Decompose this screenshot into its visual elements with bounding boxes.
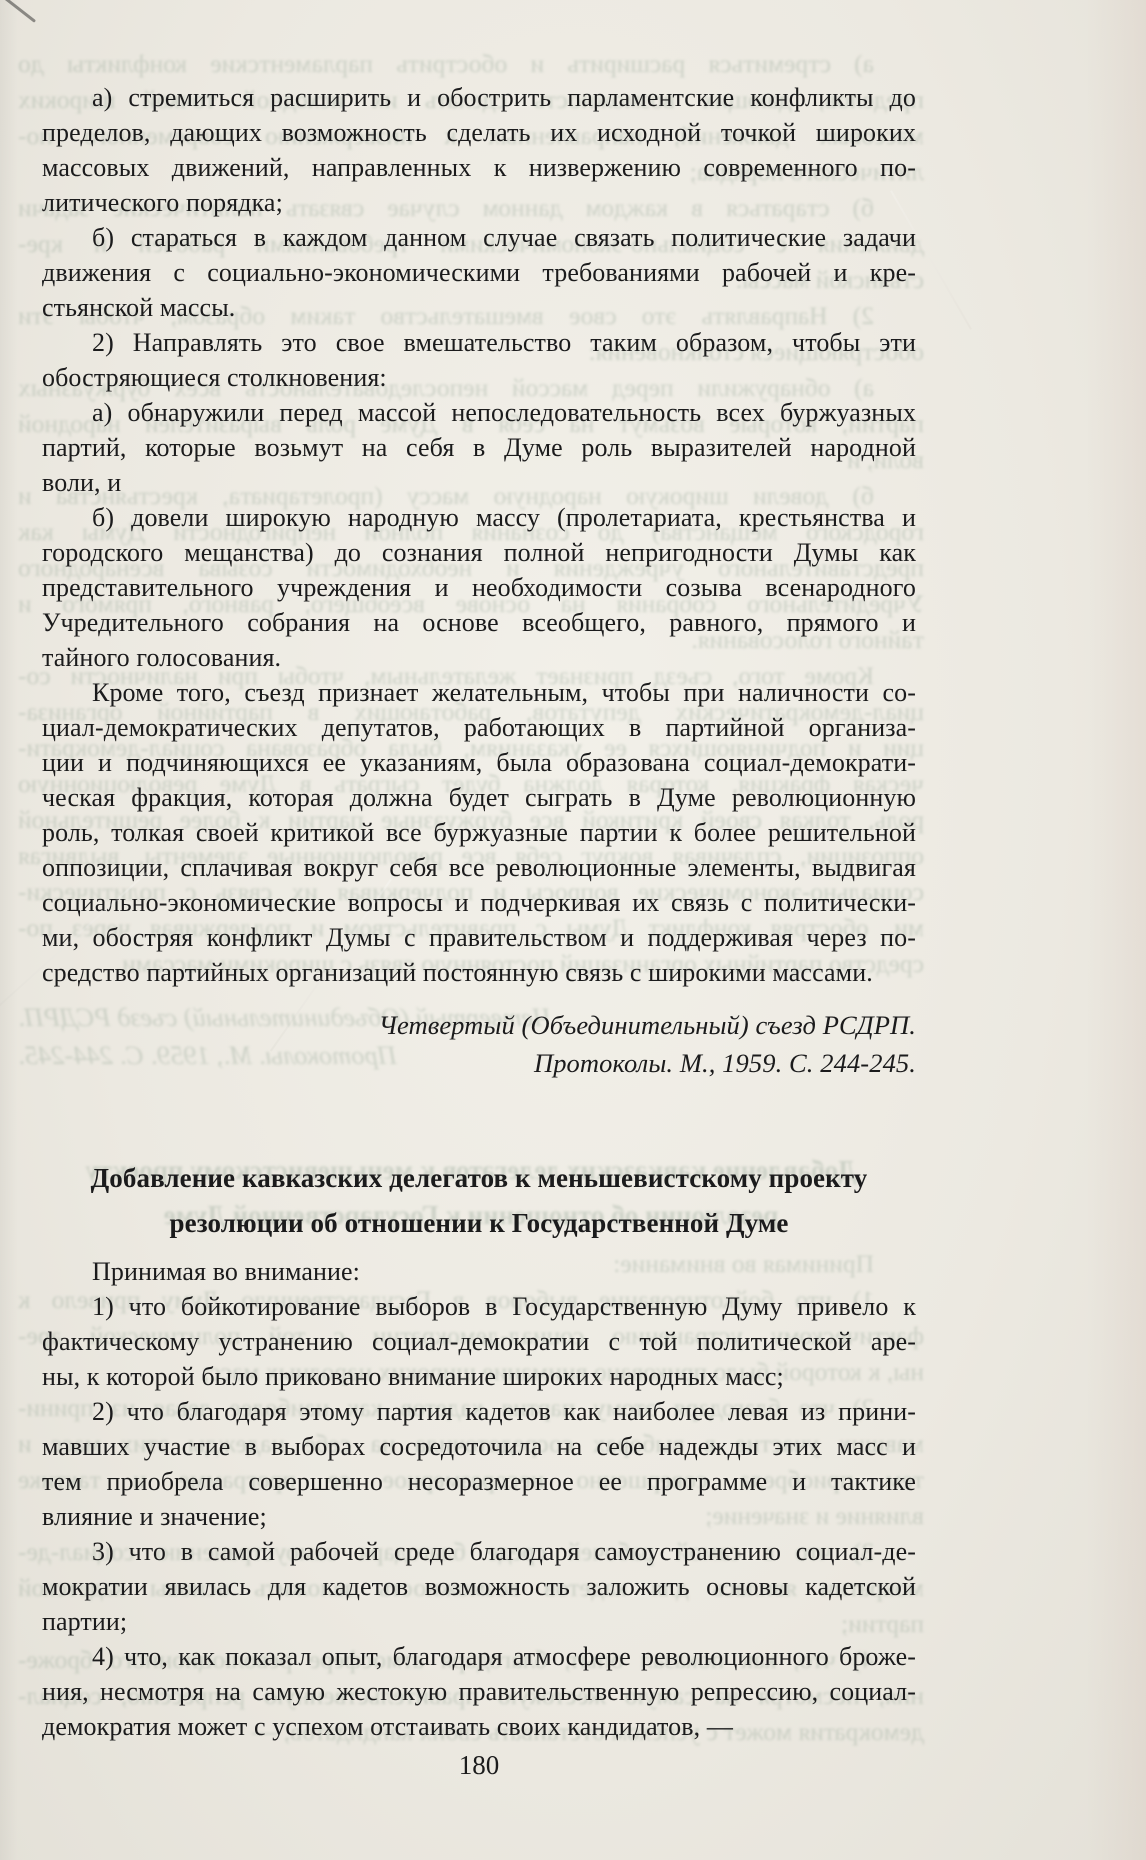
- text-line: 2) Направлять это свое вмешательство так…: [42, 325, 916, 360]
- paragraph: б) стараться в каждом данном случае связ…: [42, 220, 916, 325]
- section-heading: Добавление кавказских делегатов к меньше…: [42, 1156, 916, 1246]
- text-line: воли, и: [42, 465, 916, 500]
- text-line: роль, толкая своей критикой все буржуазн…: [42, 815, 916, 850]
- paragraph: 2) что благодаря этому партия кадетов ка…: [42, 1394, 916, 1534]
- text-line: литического порядка;: [42, 185, 916, 220]
- text-line: б) довели широкую народную массу (пролет…: [42, 500, 916, 535]
- text-line: пределов, дающих возможность сделать их …: [42, 115, 916, 150]
- resolution-body-text: а) стремиться расширить и обострить парл…: [42, 80, 916, 990]
- source-citation: Четвертый (Объединительный) съезд РСДРП.…: [42, 1006, 916, 1082]
- paragraph: а) обнаружили перед массой непоследовате…: [42, 395, 916, 500]
- paragraph: а) стремиться расширить и обострить парл…: [42, 80, 916, 220]
- paragraph: 1) что бойкотирование выборов в Государс…: [42, 1289, 916, 1394]
- paragraph: Четвертый (Объединительный) съезд РСДРП.…: [42, 1006, 916, 1082]
- text-line: 3) что в самой рабочей среде благодаря с…: [42, 1534, 916, 1569]
- text-line: 4) что, как показал опыт, благодаря атмо…: [42, 1639, 916, 1674]
- text-line: ции и подчиняющихся ее указаниям, была о…: [42, 745, 916, 780]
- text-line: 2) что благодаря этому партия кадетов ка…: [42, 1394, 916, 1429]
- text-line: оппозиции, сплачивая вокруг себя все рев…: [42, 850, 916, 885]
- text-line: социально-экономические вопросы и подчер…: [42, 885, 916, 920]
- text-line: движения с социально-экономическими треб…: [42, 255, 916, 290]
- scan-corner-mark: [0, 0, 36, 23]
- text-line: партий, которые возьмут на себя в Думе р…: [42, 430, 916, 465]
- text-line: Учредительного собрания на основе всеобщ…: [42, 605, 916, 640]
- text-line: циал-демократических депутатов, работающ…: [42, 710, 916, 745]
- paragraph: 2) Направлять это свое вмешательство так…: [42, 325, 916, 395]
- text-line: массовых движений, направленных к низвер…: [42, 150, 916, 185]
- text-line: Четвертый (Объединительный) съезд РСДРП.: [42, 1006, 916, 1044]
- text-line: Добавление кавказских делегатов к меньше…: [42, 1156, 916, 1201]
- text-line: резолюции об отношении к Государственной…: [42, 1201, 916, 1246]
- paragraph: Кроме того, съезд признает желательным, …: [42, 675, 916, 990]
- scanned-book-page: а) стремиться расширить и обострить парл…: [0, 0, 1146, 1860]
- text-line: тем приобрела совершенно несоразмерное е…: [42, 1464, 916, 1499]
- paragraph: б) довели широкую народную массу (пролет…: [42, 500, 916, 675]
- text-line: тайного голосования.: [42, 640, 916, 675]
- text-line: фактическому устранению социал-демократи…: [42, 1324, 916, 1359]
- text-line: а) стремиться расширить и обострить парл…: [42, 80, 916, 115]
- text-line: ния, несмотря на самую жестокую правител…: [42, 1674, 916, 1709]
- text-line: б) стараться в каждом данном случае связ…: [42, 220, 916, 255]
- text-line: а) обнаружили перед массой непоследовате…: [42, 395, 916, 430]
- text-line: а) стремиться расширить и обострить парл…: [18, 46, 924, 82]
- text-line: ческая фракция, которая должна будет сыг…: [42, 780, 916, 815]
- page-number: 180: [42, 1750, 916, 1781]
- text-line: средство партийных организаций постоянну…: [42, 955, 916, 990]
- text-line: мавших участие в выборах сосредоточила н…: [42, 1429, 916, 1464]
- paragraph: Принимая во внимание:: [42, 1254, 916, 1289]
- text-line: мократии явилась для кадетов возможность…: [42, 1569, 916, 1604]
- text-line: стьянской массы.: [42, 290, 916, 325]
- text-line: влияние и значение;: [42, 1499, 916, 1534]
- text-line: Кроме того, съезд признает желательным, …: [42, 675, 916, 710]
- text-line: обостряющиеся столкновения:: [42, 360, 916, 395]
- paragraph: Добавление кавказских делегатов к меньше…: [42, 1156, 916, 1246]
- text-line: Принимая во внимание:: [42, 1254, 916, 1289]
- text-line: представительного учреждения и необходим…: [42, 570, 916, 605]
- text-line: ми, обостряя конфликт Думы с правительст…: [42, 920, 916, 955]
- text-column: а) стремиться расширить и обострить парл…: [42, 80, 916, 1744]
- paragraph: 3) что в самой рабочей среде благодаря с…: [42, 1534, 916, 1639]
- text-line: Протоколы. М., 1959. С. 244-245.: [42, 1044, 916, 1082]
- text-line: ны, к которой было приковано внимание ши…: [42, 1359, 916, 1394]
- text-line: демократия может с успехом отстаивать св…: [42, 1709, 916, 1744]
- paragraph: 4) что, как показал опыт, благодаря атмо…: [42, 1639, 916, 1744]
- text-line: 1) что бойкотирование выборов в Государс…: [42, 1289, 916, 1324]
- text-line: городского мещанства) до сознания полной…: [42, 535, 916, 570]
- text-line: партии;: [42, 1604, 916, 1639]
- addendum-body-text: Принимая во внимание:1) что бойкотирован…: [42, 1254, 916, 1744]
